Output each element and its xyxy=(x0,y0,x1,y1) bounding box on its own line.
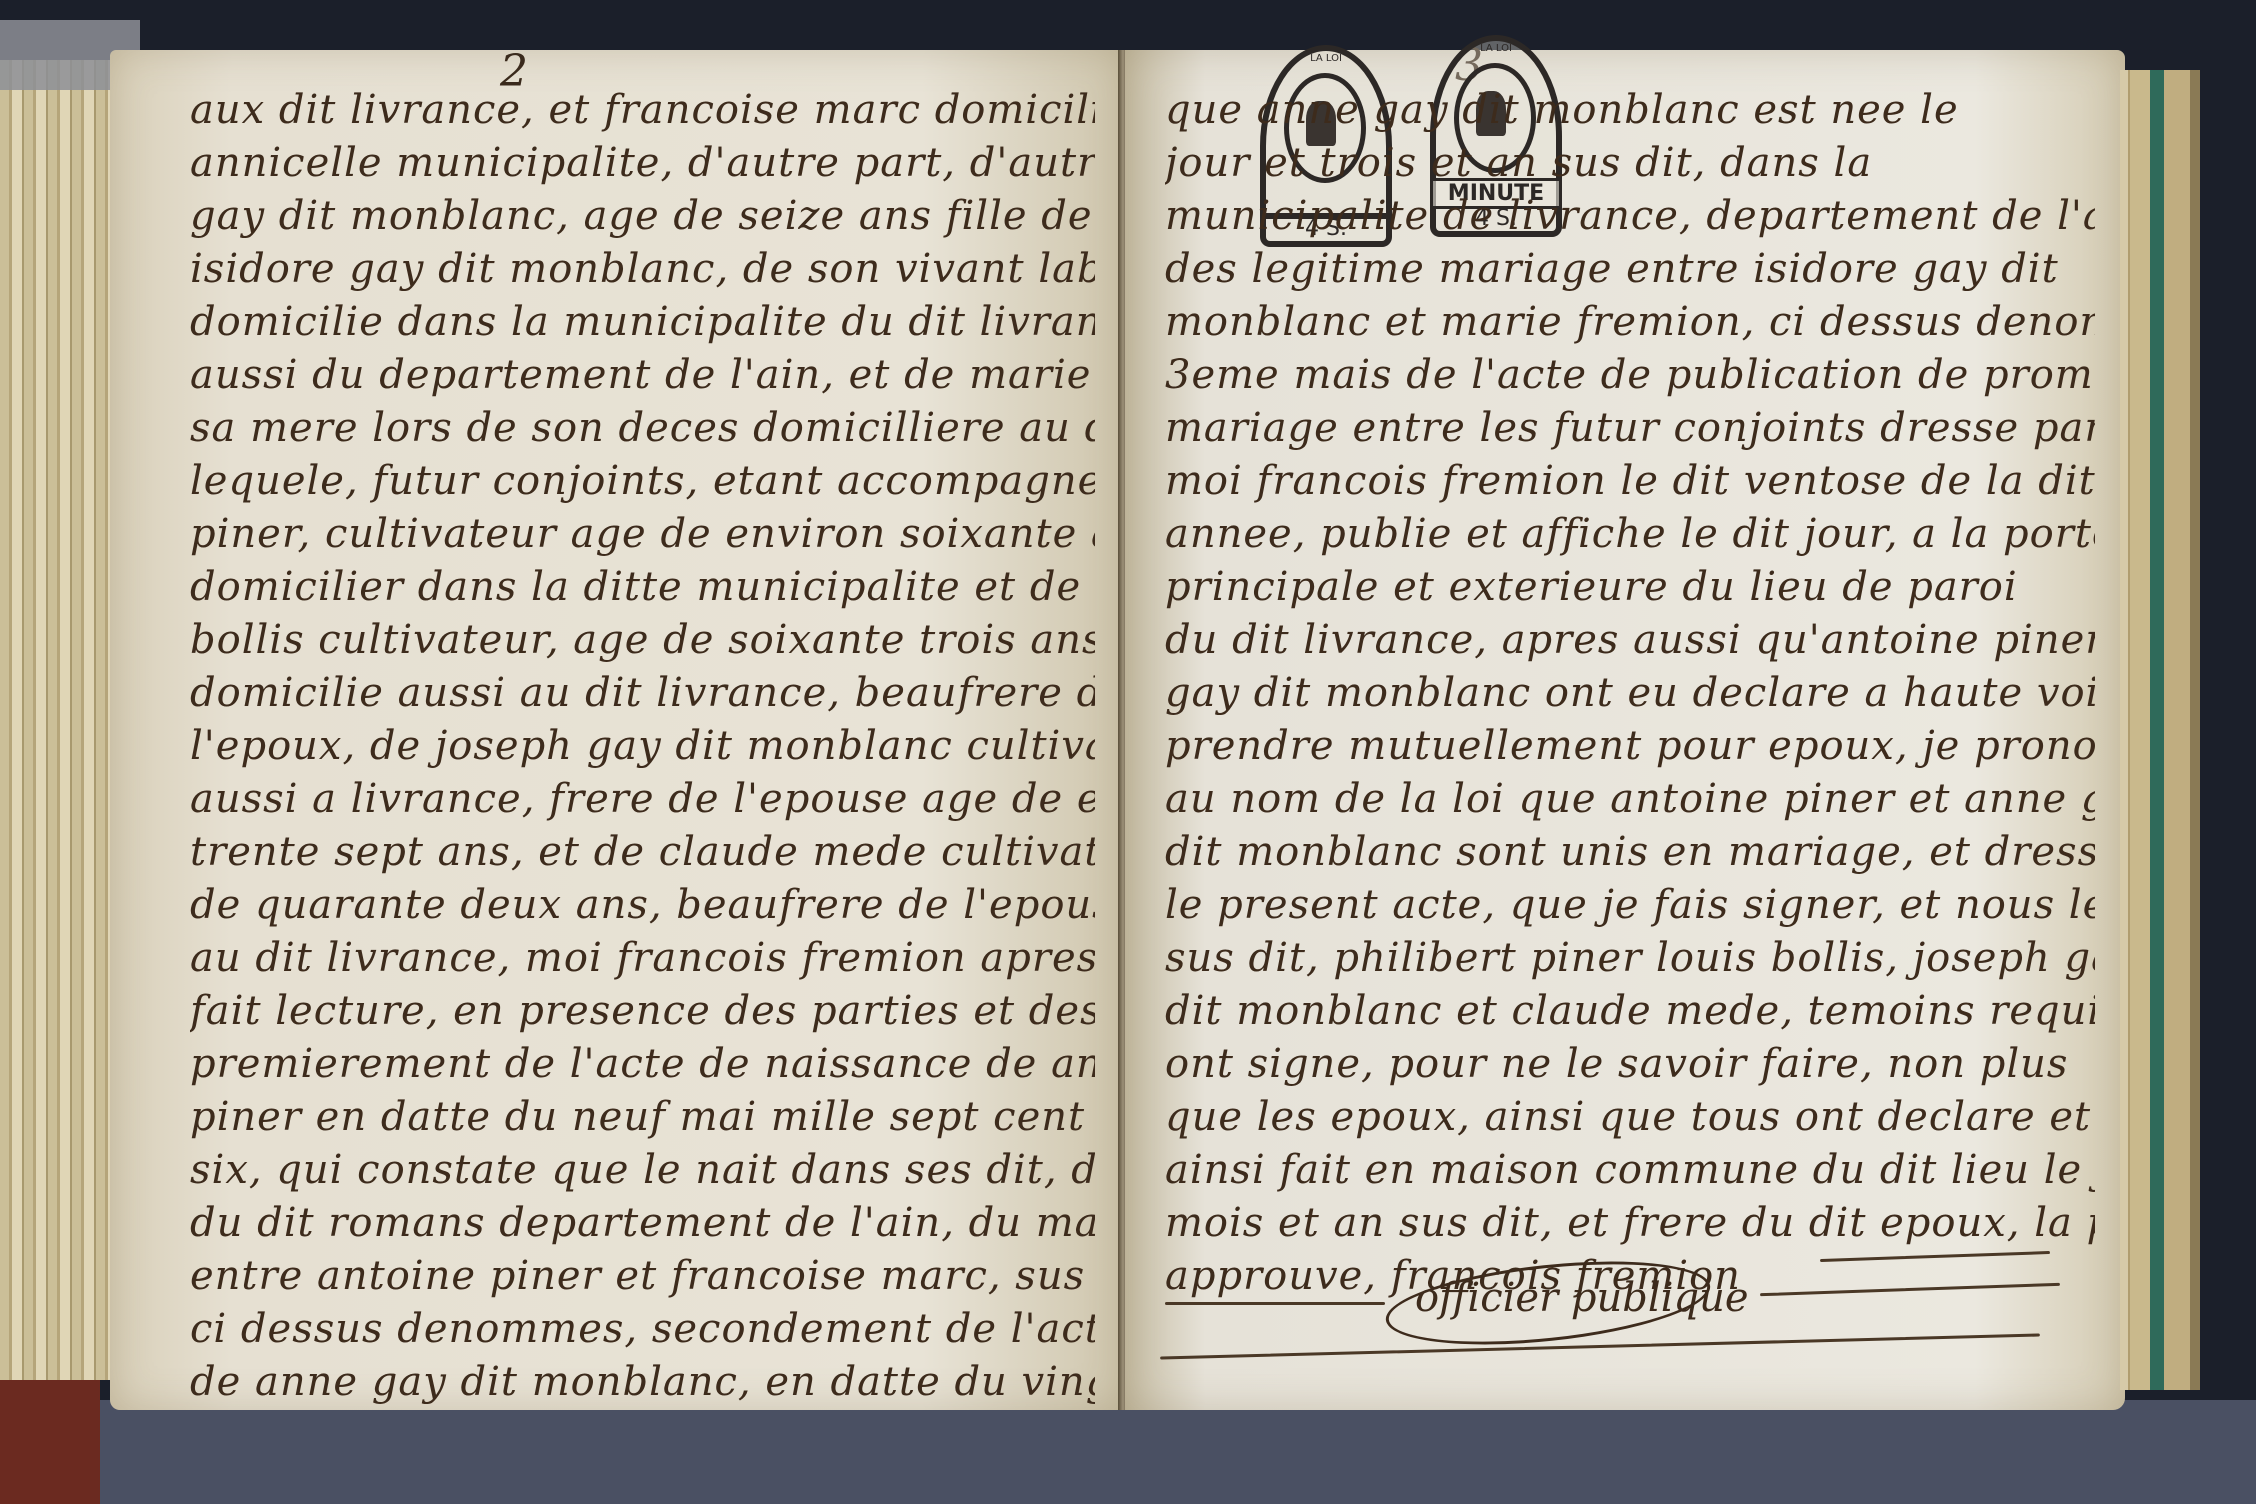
left-page: 2 aux dit livrance, et francoise marc do… xyxy=(110,50,1125,1410)
stamp-legend: LA LOI xyxy=(1436,43,1556,54)
left-page-edges xyxy=(0,60,120,1380)
open-register-book: 2 aux dit livrance, et francoise marc do… xyxy=(0,20,2240,1410)
right-page-edges xyxy=(2120,70,2200,1390)
signature-rule xyxy=(1165,1302,1385,1305)
right-page: 3 LA LOI 4 S. LA LOI MINUTE 4 S. que ann… xyxy=(1125,50,2125,1410)
stamp-legend: LA LOI xyxy=(1266,53,1386,64)
officer-title: officier publique xyxy=(1415,1275,1749,1321)
text-line: de anne gay dit monblanc, en datte du vi… xyxy=(190,1347,1095,1417)
